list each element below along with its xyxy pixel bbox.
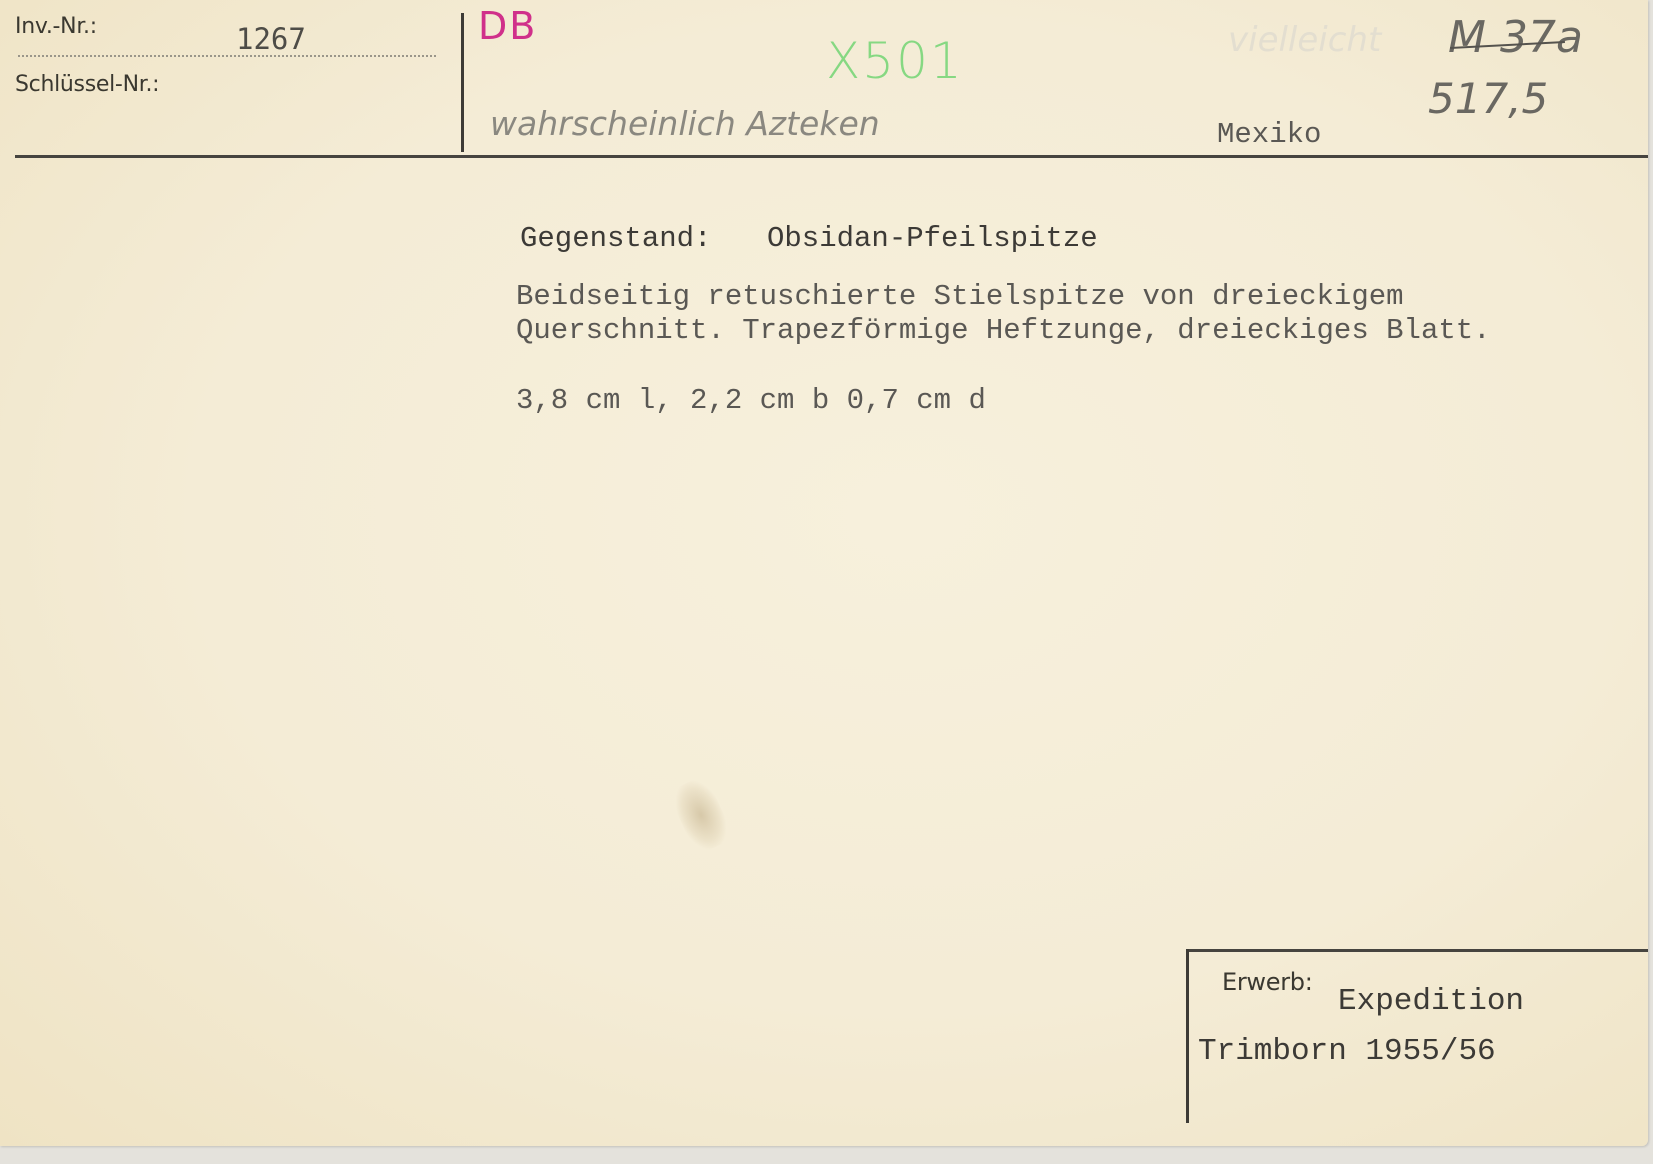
header-divider: [461, 13, 464, 152]
catalog-old-number: M 37a: [1448, 12, 1583, 63]
header-rule: [15, 155, 1648, 158]
description-line-2: Querschnitt. Trapezförmige Heftzunge, dr…: [516, 314, 1491, 347]
catalog-new-number: 517,5: [1428, 74, 1548, 123]
acquisition-label: Erwerb:: [1222, 968, 1313, 996]
catalog-card: Inv.-Nr.: 1267 Schlüssel-Nr.: DB X501 wa…: [0, 0, 1648, 1146]
schluessel-nr-label: Schlüssel-Nr.:: [15, 72, 159, 97]
dimensions: 3,8 cm l, 2,2 cm b 0,7 cm d: [516, 384, 986, 417]
inv-nr-label: Inv.-Nr.:: [15, 14, 97, 39]
inv-nr-dotted-line: [18, 55, 436, 57]
inv-nr-value: 1267: [236, 22, 306, 56]
object-value: Obsidan-Pfeilspitze: [767, 222, 1098, 255]
acquisition-box-top: [1186, 949, 1648, 952]
acquisition-value-line-1: Expedition: [1338, 984, 1524, 1019]
paper-stain: [667, 774, 735, 855]
description-line-1: Beidseitig retuschierte Stielspitze von …: [516, 280, 1404, 313]
region: Mexiko: [1217, 118, 1321, 151]
acquisition-box-left: [1186, 949, 1189, 1123]
faint-erased-note: vielleicht: [1228, 20, 1381, 60]
green-mark: X501: [826, 32, 964, 90]
acquisition-value-line-2: Trimborn 1955/56: [1198, 1034, 1496, 1069]
magenta-mark: DB: [478, 4, 537, 48]
object-label: Gegenstand:: [520, 222, 711, 255]
pencil-note: wahrscheinlich Azteken: [490, 104, 880, 143]
